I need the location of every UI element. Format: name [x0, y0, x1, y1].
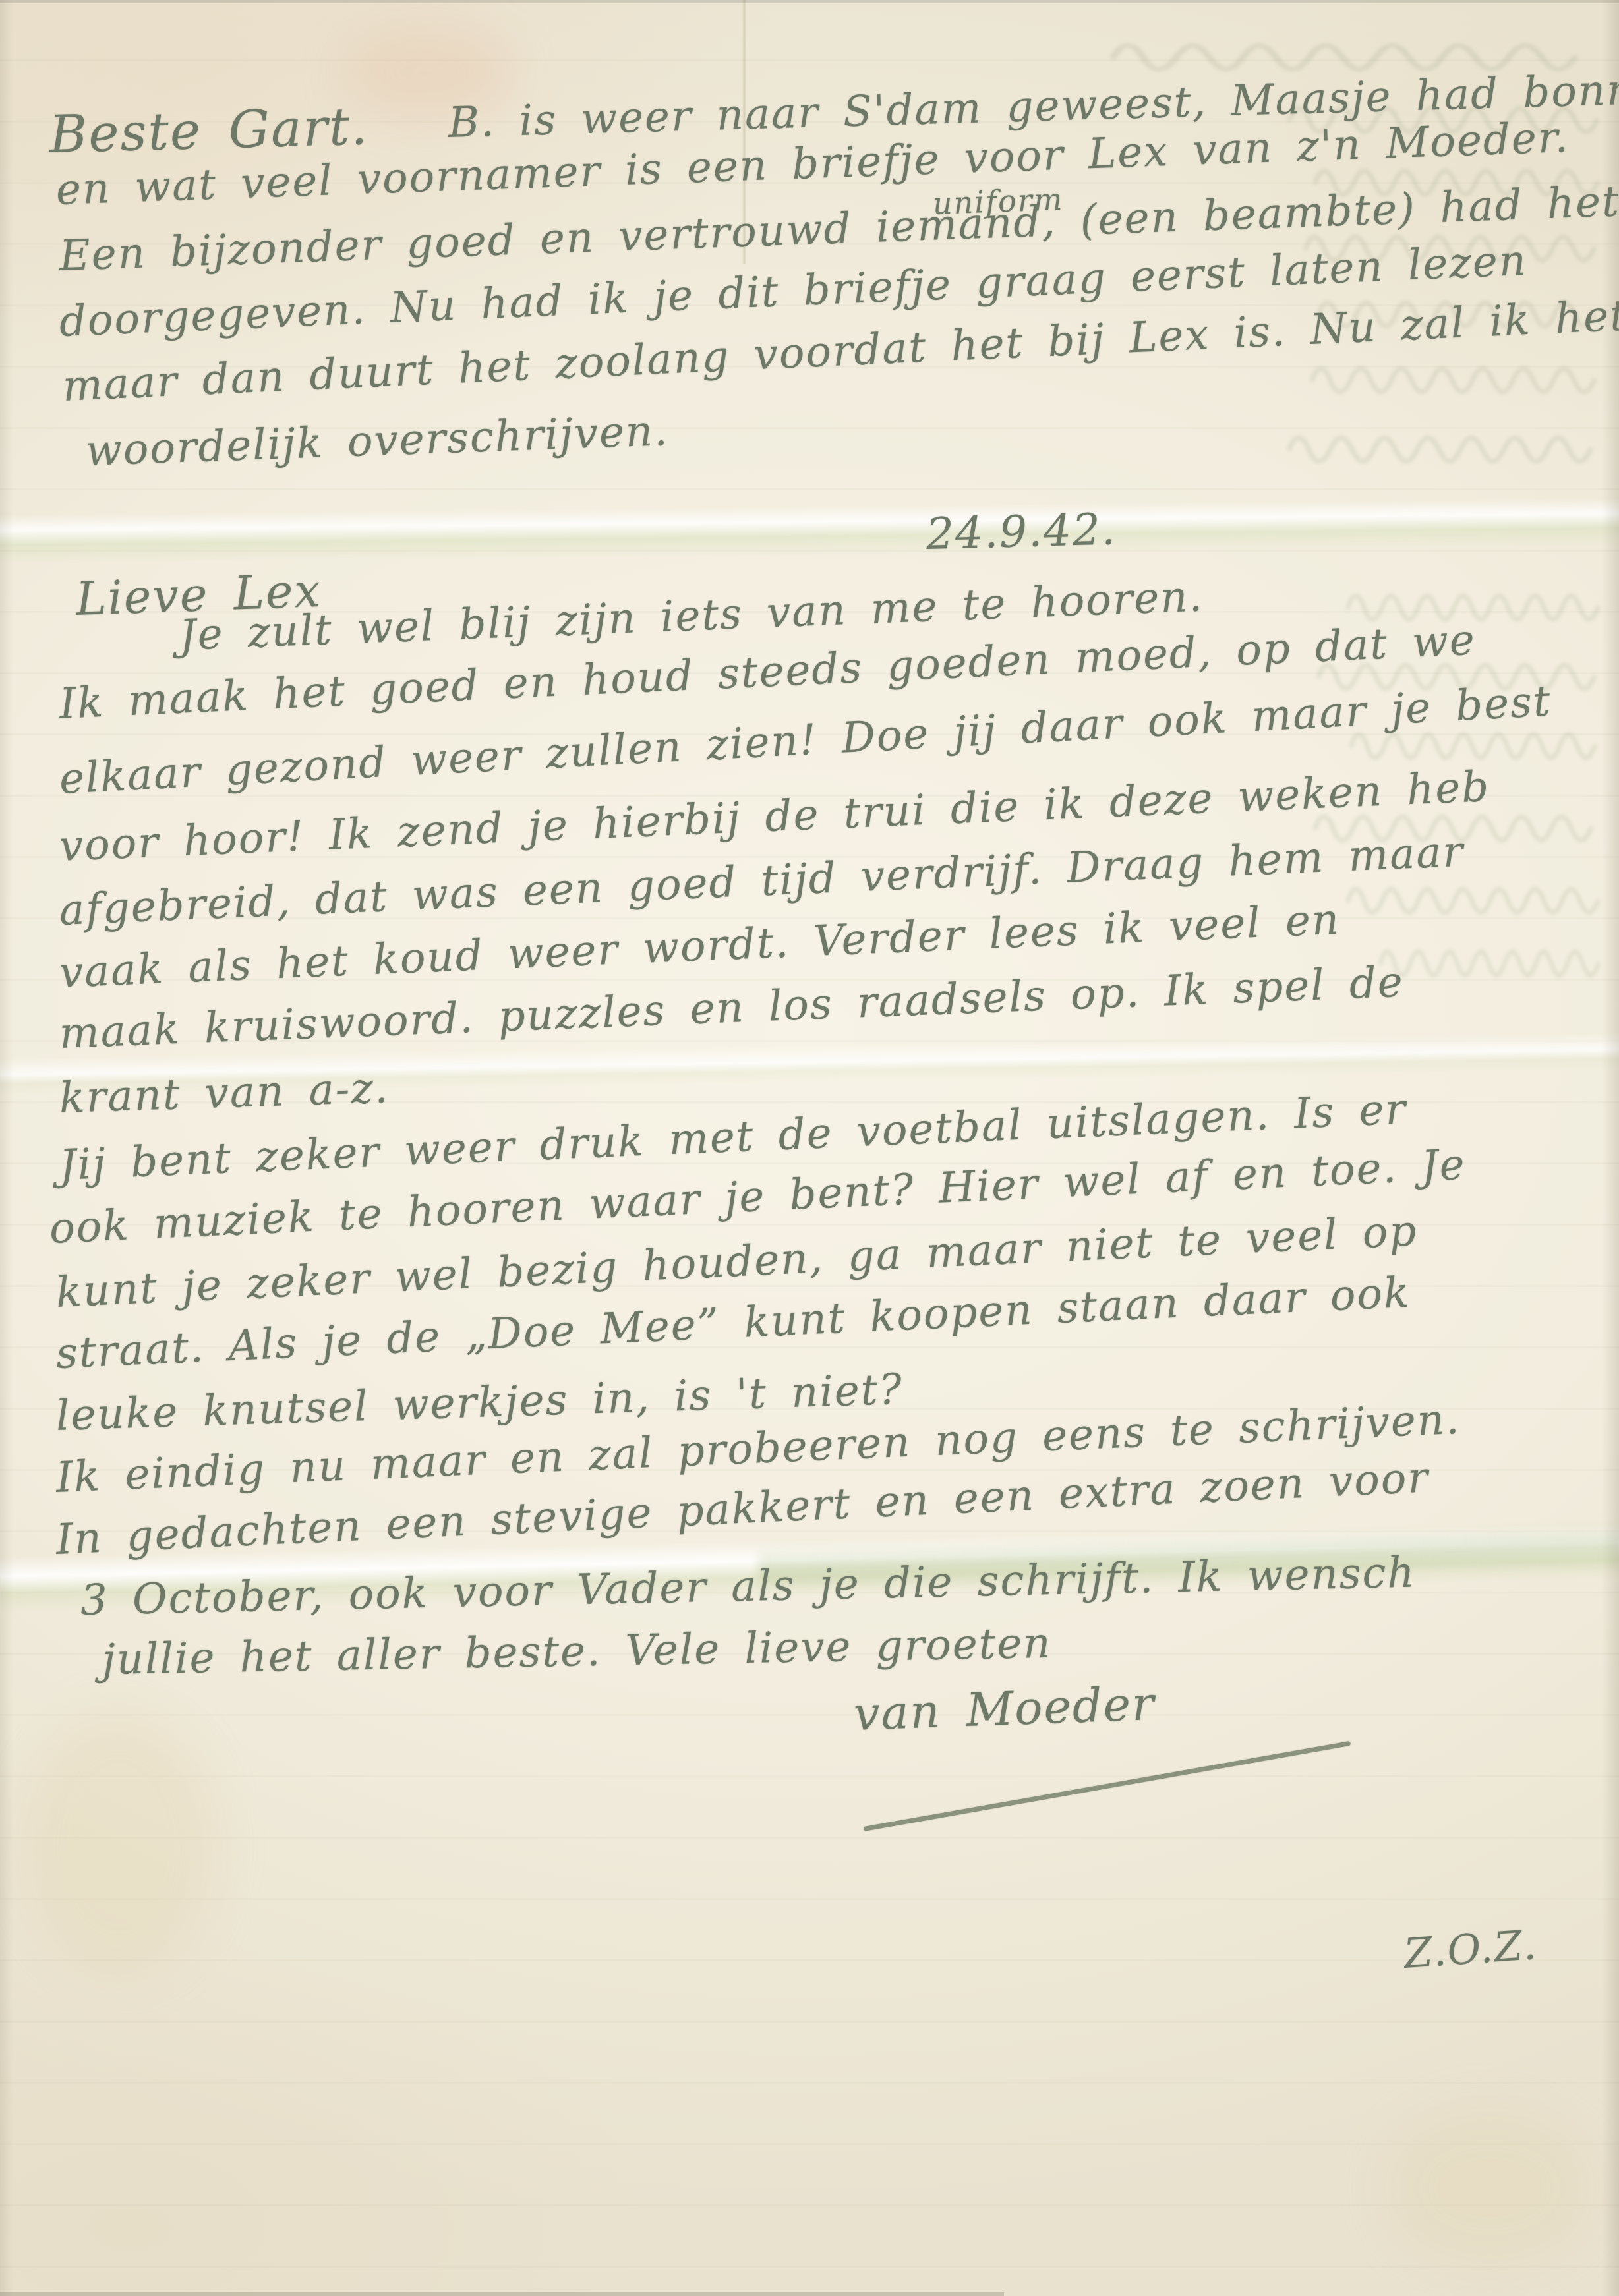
- paper-stain: [20, 1713, 218, 1977]
- bleedthrough-text: [1285, 428, 1595, 468]
- bleedthrough-text: [1378, 942, 1602, 982]
- scan-edge: [0, 0, 13, 2296]
- letter-scan-page: Beste Gart. B. is weer naar S'dam gewees…: [0, 0, 1619, 2296]
- letter-date: 24.9.42.: [926, 503, 1117, 560]
- signature: van Moeder: [853, 1677, 1156, 1741]
- handwritten-line: woordelijk overschrijven.: [85, 407, 670, 476]
- scan-edge: [0, 2292, 1004, 2296]
- bleedthrough-text: [1309, 359, 1599, 399]
- handwritten-line: krant van a-z.: [59, 1064, 390, 1123]
- bleedthrough-text: [1345, 880, 1602, 919]
- turn-over-note: Z.O.Z.: [1402, 1920, 1539, 1978]
- handwritten-line: jullie het aller beste. Vele lieve groet…: [102, 1619, 1052, 1684]
- paper-stain: [1384, 2109, 1595, 2267]
- scan-edge: [0, 0, 1619, 3]
- signature-flourish-line: [863, 1741, 1351, 1831]
- handwritten-insertion: uniform: [932, 181, 1064, 221]
- scan-edge: [1602, 0, 1619, 2296]
- handwritten-line: 3 October, ook voor Vader als je die sch…: [80, 1549, 1416, 1625]
- handwritten-salutation: Beste Gart.: [49, 97, 369, 165]
- fold-crease-horizontal: [0, 498, 1619, 563]
